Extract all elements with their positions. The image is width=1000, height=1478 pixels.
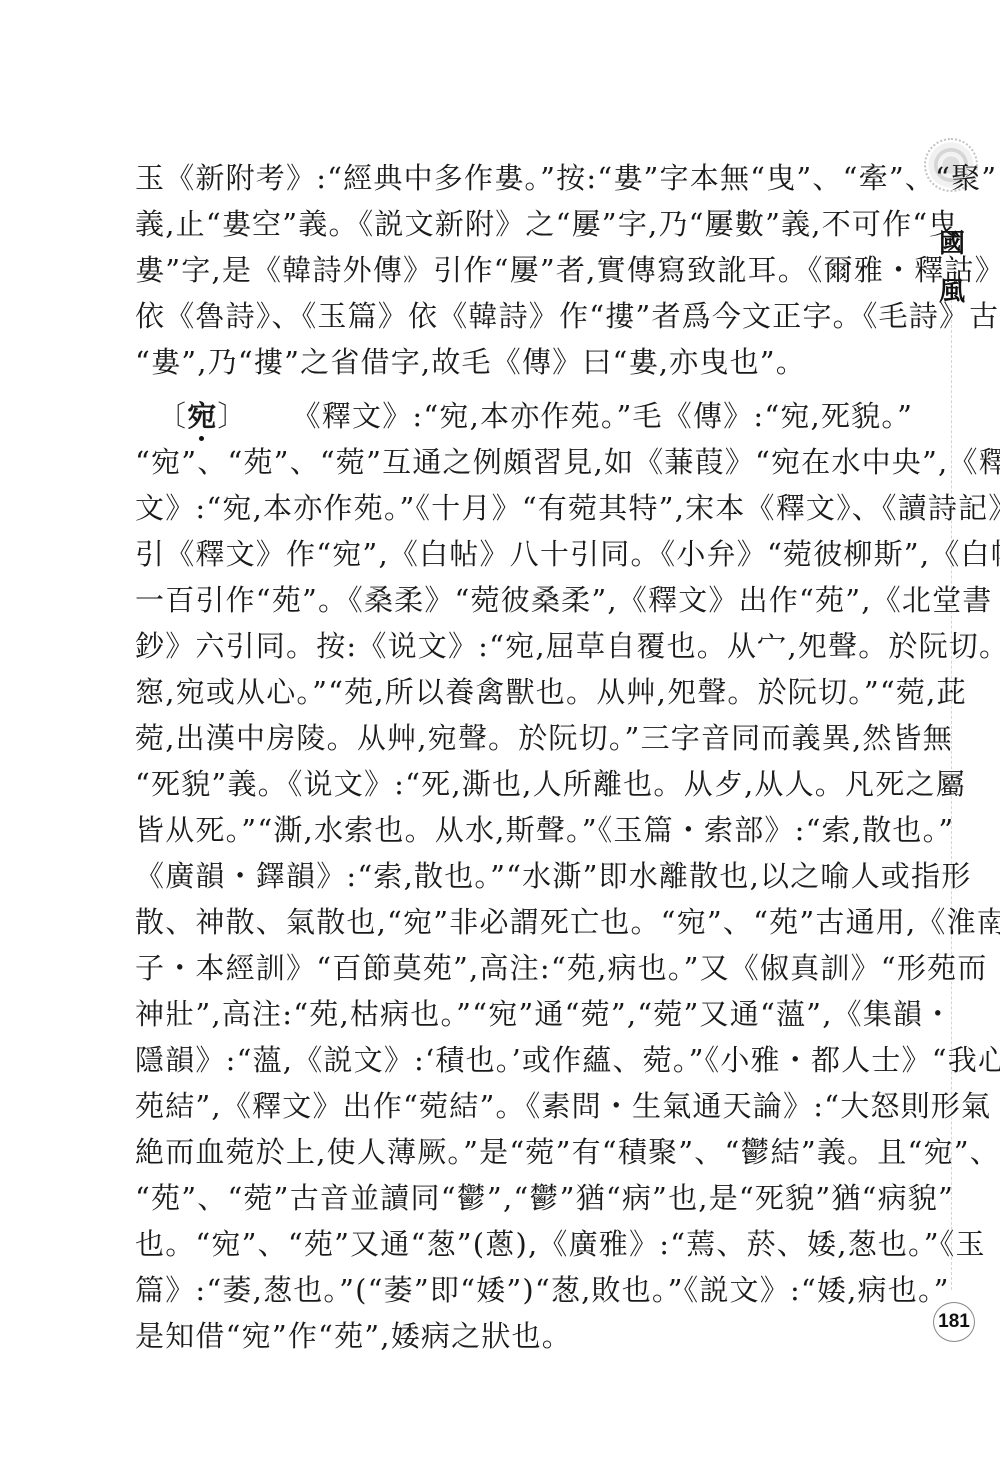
body-text: 玉《新附考》:“經典中多作婁。”按:“婁”字本無“曳”、“牽”、“聚” 義,止“… (135, 155, 890, 1359)
text-line: 菀,出漢中房陵。从艸,宛聲。於阮切。”三字音同而義異,然皆無 (135, 715, 890, 761)
text-line: 義,止“婁空”義。《説文新附》之“屢”字,乃“屢數”義,不可作“曳 (135, 201, 890, 247)
text-line: “婁”,乃“摟”之省借字,故毛《傳》曰“婁,亦曳也”。 (135, 339, 890, 385)
text-line: 神壯”,高注:“苑,枯病也。”“宛”通“菀”,“菀”又通“薀”,《集韻・ (135, 991, 890, 1037)
text-line: 也。“宛”、“苑”又通“葱”(蔥),《廣雅》:“蔫、菸、婑,葱也。”《玉 (135, 1221, 890, 1267)
text-line: 玉《新附考》:“經典中多作婁。”按:“婁”字本無“曳”、“牽”、“聚” (135, 155, 890, 201)
text-line: “死貌”義。《说文》:“死,澌也,人所離也。从歺,从人。凡死之屬 (135, 761, 890, 807)
text-line: 《廣韻・鐸韻》:“索,散也。”“水澌”即水離散也,以之喻人或指形 (135, 853, 890, 899)
text-line: 婁”字,是《韓詩外傳》引作“屢”者,實傳寫致訛耳。《爾雅・釋詁》 (135, 247, 890, 293)
text-line: 皆从死。”“澌,水索也。从水,斯聲。”《玉篇・索部》:“索,散也。” (135, 807, 890, 853)
text-line: “宛”、“苑”、“菀”互通之例頗習見,如《蒹葭》“宛在水中央”,《釋 (135, 439, 890, 485)
book-page: 國 風 181 玉《新附考》:“經典中多作婁。”按:“婁”字本無“曳”、“牽”、… (0, 0, 1000, 1478)
entry-paragraph: 〔宛〕《釋文》:“宛,本亦作苑。”毛《傳》:“宛,死貌。” “宛”、“苑”、“菀… (135, 393, 890, 1359)
text-line: 惌,宛或从心。”“苑,所以養禽獸也。从艸,夗聲。於阮切。”“菀,茈 (135, 669, 890, 715)
text-line: “苑”、“菀”古音並讀同“鬱”,“鬱”猶“病”也,是“死貌”猶“病貌” (135, 1175, 890, 1221)
entry-first-line: 〔宛〕《釋文》:“宛,本亦作苑。”毛《傳》:“宛,死貌。” (135, 393, 890, 439)
text-line: 苑結”,《釋文》出作“菀結”。《素問・生氣通天論》:“大怒則形氣 (135, 1083, 890, 1129)
text-line: 是知借“宛”作“苑”,婑病之狀也。 (135, 1313, 890, 1359)
text-line: 子・本經訓》“百節莫苑”,高注:“苑,病也。”又《俶真訓》“形苑而 (135, 945, 890, 991)
text-line: 篇》:“萎,葱也。”(“萎”即“婑”)“葱,敗也。”《説文》:“婑,病也。” (135, 1267, 890, 1313)
text-line: 散、神散、氣散也,“宛”非必謂死亡也。“宛”、“苑”古通用,《淮南 (135, 899, 890, 945)
text-line: 隱韻》:“薀,《説文》:‘積也。’或作蘊、菀。”《小雅・都人士》“我心 (135, 1037, 890, 1083)
text-line: 絶而血菀於上,使人薄厥。”是“菀”有“積聚”、“鬱結”義。且“宛”、 (135, 1129, 890, 1175)
text-line: 引《釋文》作“宛”,《白帖》八十引同。《小弁》“菀彼柳斯”,《白帖》 (135, 531, 890, 577)
entry-first-line-text: 《釋文》:“宛,本亦作苑。”毛《傳》:“宛,死貌。” (292, 399, 913, 433)
text-line: 鈔》六引同。按:《说文》:“宛,屈草自覆也。从宀,夗聲。於阮切。 (135, 623, 890, 669)
text-line: 依《魯詩》、《玉篇》依《韓詩》作“摟”者爲今文正字。《毛詩》古文作 (135, 293, 890, 339)
text-line: 一百引作“苑”。《桑柔》“菀彼桑柔”,《釋文》出作“苑”,《北堂書 (135, 577, 890, 623)
continuation-paragraph: 玉《新附考》:“經典中多作婁。”按:“婁”字本無“曳”、“牽”、“聚” 義,止“… (135, 155, 890, 385)
text-line: 文》:“宛,本亦作苑。”《十月》“有菀其特”,宋本《釋文》、《讀詩記》 (135, 485, 890, 531)
entry-headword: 〔宛〕 (157, 393, 248, 439)
page-number: 181 (933, 1302, 975, 1342)
